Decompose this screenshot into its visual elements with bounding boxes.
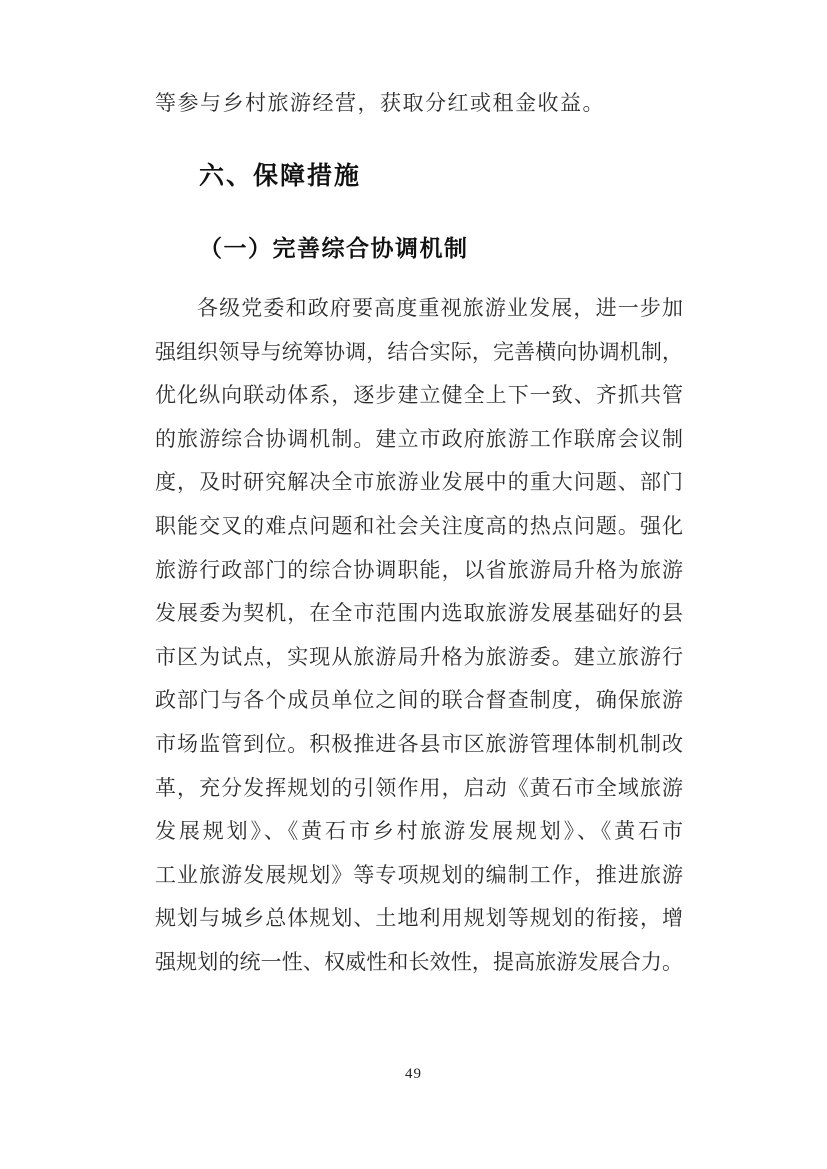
body-line: 度，及时研究解决全市旅游业发展中的重大问题、部门 xyxy=(155,461,683,505)
subsection-heading: （一）完善综合协调机制 xyxy=(155,233,727,265)
body-line: 革，充分发挥规划的引领作用，启动《黄石市全域旅游 xyxy=(155,767,683,811)
body-line: 发展规划》、《黄石市乡村旅游发展规划》、《黄石市 xyxy=(155,810,683,854)
section-heading: 六、保障措施 xyxy=(155,160,727,192)
body-line: 市场监管到位。积极推进各县市区旅游管理体制机制改 xyxy=(155,723,683,767)
body-line: 优化纵向联动体系，逐步建立健全上下一致、齐抓共管 xyxy=(155,374,683,418)
body-line: 强规划的统一性、权威性和长效性，提高旅游发展合力。 xyxy=(155,941,683,985)
body-line: 政部门与各个成员单位之间的联合督查制度，确保旅游 xyxy=(155,679,683,723)
body-line: 工业旅游发展规划》等专项规划的编制工作，推进旅游 xyxy=(155,854,683,898)
body-line: 的旅游综合协调机制。建立市政府旅游工作联席会议制 xyxy=(155,418,683,462)
paragraph-tail-line: 等参与乡村旅游经营，获取分红或租金收益。 xyxy=(155,88,683,118)
body-line: 市区为试点，实现从旅游局升格为旅游委。建立旅游行 xyxy=(155,636,683,680)
body-line: 发展委为契机，在全市范围内选取旅游发展基础好的县 xyxy=(155,592,683,636)
body-line: 职能交叉的难点问题和社会关注度高的热点问题。强化 xyxy=(155,505,683,549)
body-line: 规划与城乡总体规划、土地利用规划等规划的衔接，增 xyxy=(155,897,683,941)
body-line: 强组织领导与统筹协调，结合实际，完善横向协调机制， xyxy=(155,331,683,375)
body-paragraph: 各级党委和政府要高度重视旅游业发展，进一步加强组织领导与统筹协调，结合实际，完善… xyxy=(155,287,683,985)
body-line: 旅游行政部门的综合协调职能，以省旅游局升格为旅游 xyxy=(155,549,683,593)
document-page: 等参与乡村旅游经营，获取分红或租金收益。 六、保障措施 （一）完善综合协调机制 … xyxy=(0,0,827,1169)
page-number: 49 xyxy=(0,1066,827,1083)
body-line: 各级党委和政府要高度重视旅游业发展，进一步加 xyxy=(155,287,683,331)
